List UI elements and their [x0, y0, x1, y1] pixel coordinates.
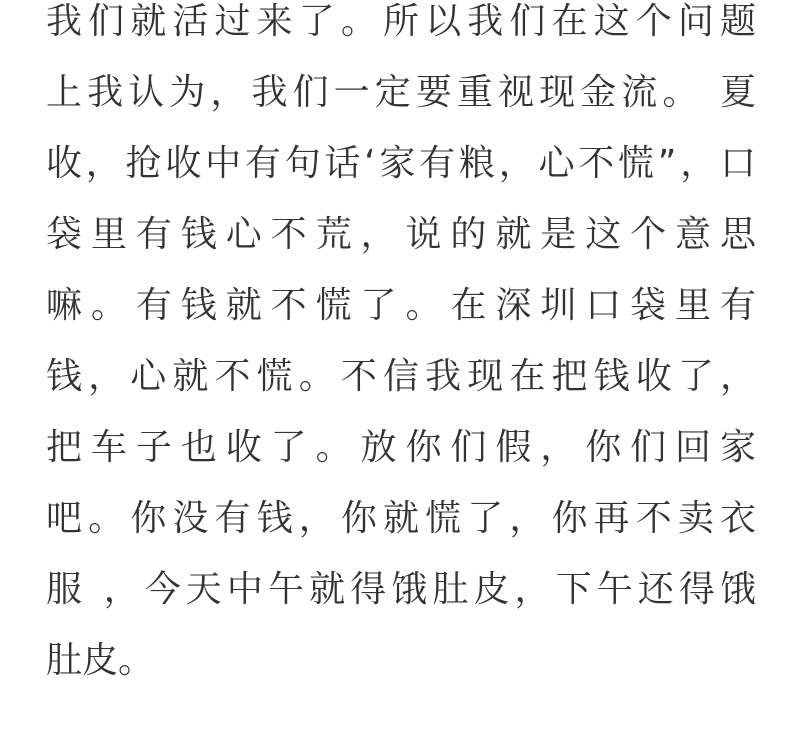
- article-body: 我们就活过来了。所以我们在这个问题 上我认为，我们一定要重视现金流。 夏 收，抢…: [46, 0, 756, 710]
- text-line: 我们就活过来了。所以我们在这个问题: [46, 0, 756, 71]
- text-line: 袋里有钱心不荒，说的就是这个意思: [46, 213, 756, 284]
- text-line: 嘛。有钱就不慌了。在深圳口袋里有: [46, 284, 756, 355]
- text-line: 钱，心就不慌。不信我现在把钱收了，: [46, 355, 756, 426]
- text-line: 把车子也收了。放你们假，你们回家: [46, 426, 756, 497]
- text-line: 服 ，今天中午就得饿肚皮，下午还得饿: [46, 568, 756, 639]
- text-line: 上我认为，我们一定要重视现金流。 夏: [46, 71, 756, 142]
- text-line: 肚皮。: [46, 639, 756, 710]
- text-line: 吧。你没有钱，你就慌了，你再不卖衣: [46, 497, 756, 568]
- text-line: 收，抢收中有句话‘家有粮，心不慌”，口: [46, 142, 756, 213]
